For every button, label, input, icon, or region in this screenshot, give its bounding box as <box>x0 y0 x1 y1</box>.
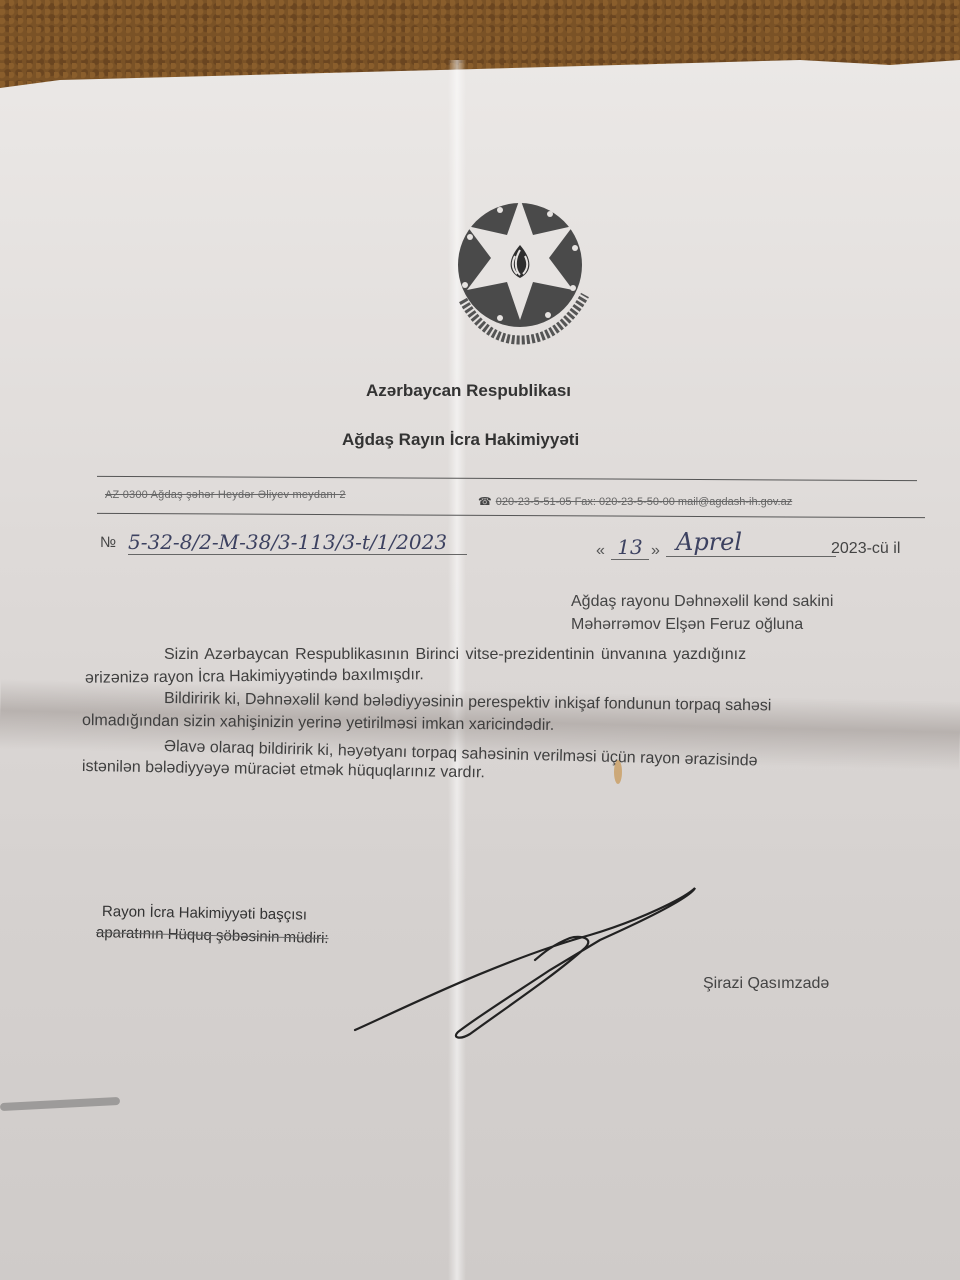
body-paragraph-line: ərizənizə rayon İcra Hakimiyyətində baxı… <box>85 666 424 688</box>
contacts-text: 020-23-5-51-05 Fax: 020-23-5-50-00 mail@… <box>496 496 793 508</box>
recipient-block: Ağdaş rayonu Dəhnəxəlil kənd sakini Məhə… <box>571 590 833 636</box>
authority-title: Ağdaş Rayın İcra Hakimiyyəti <box>342 430 579 450</box>
date-year: 2023-cü il <box>831 540 900 558</box>
contacts-line: ☎020-23-5-51-05 Fax: 020-23-5-50-00 mail… <box>478 495 792 508</box>
recipient-line-1: Ağdaş rayonu Dəhnəxəlil kənd sakini <box>571 590 833 613</box>
date-close-quote: » <box>651 542 660 560</box>
country-title: Azərbaycan Respublikası <box>366 381 571 401</box>
address-text: AZ 0300 Ağdaş şəhər Heydər Əliyev meydan… <box>105 489 346 501</box>
signer-name: Şirazi Qasımzadə <box>703 975 829 993</box>
state-emblem-icon <box>445 190 595 350</box>
handwritten-signature <box>340 880 710 1050</box>
signatory-title: Rayon İcra Hakimiyyəti başçısı aparatını… <box>102 901 329 943</box>
paper-stain <box>614 760 622 784</box>
date-open-quote: « <box>596 542 605 560</box>
reference-label: № <box>100 534 116 551</box>
phone-icon: ☎ <box>478 495 492 508</box>
date-day: 13 <box>611 535 649 560</box>
reference-number: 5-32-8/2-M-38/3-113/3-t/1/2023 <box>128 530 467 555</box>
date-month: Aprel <box>666 528 836 557</box>
recipient-line-2: Məhərrəmov Elşən Feruz oğluna <box>571 613 833 636</box>
body-paragraph-line: Sizin Azərbaycan Respublikasının Birinci… <box>164 646 746 664</box>
